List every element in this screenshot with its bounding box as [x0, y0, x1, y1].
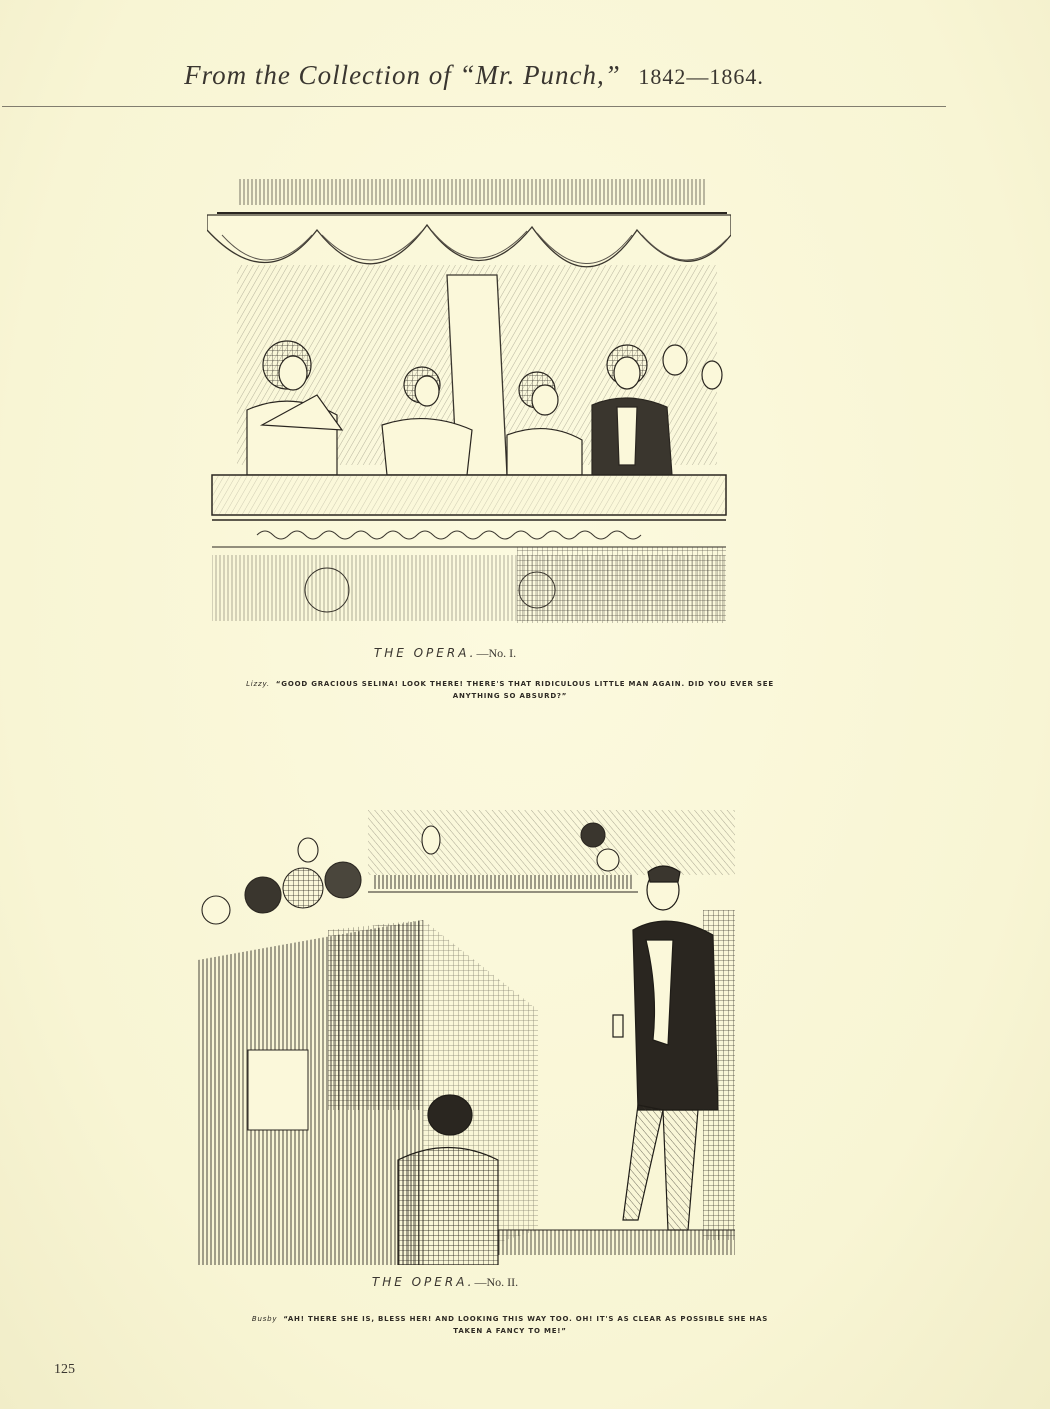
engraving-opera-gentleman-icon	[198, 810, 735, 1265]
running-head-title: From the Collection of “Mr. Punch,”	[184, 60, 621, 90]
page-number: 125	[54, 1362, 75, 1378]
running-head: From the Collection of “Mr. Punch,” 1842…	[0, 60, 948, 91]
caption-text-1: “GOOD GRACIOUS SELINA! LOOK THERE! THERE…	[276, 680, 774, 700]
header-rule	[2, 106, 946, 107]
book-page: From the Collection of “Mr. Punch,” 1842…	[0, 0, 1050, 1409]
caption-quote-1: Lizzy.“GOOD GRACIOUS SELINA! LOOK THERE!…	[240, 678, 780, 702]
caption-speaker-1: Lizzy.	[246, 680, 270, 688]
running-head-years: 1842—1864.	[638, 64, 764, 89]
engraving-opera-box-icon	[207, 175, 731, 625]
illustration-opera-no-1	[207, 175, 731, 625]
caption-text-2: “AH! THERE SHE IS, BLESS HER! AND LOOKIN…	[283, 1315, 768, 1335]
caption-speaker-2: Busby	[252, 1315, 277, 1323]
caption-title-1: THE OPERA.—No. I.	[0, 646, 970, 661]
caption-quote-2: Busby“AH! THERE SHE IS, BLESS HER! AND L…	[240, 1313, 780, 1337]
illustration-opera-no-2	[198, 810, 735, 1265]
caption-title-2: THE OPERA.—No. II.	[0, 1275, 970, 1290]
